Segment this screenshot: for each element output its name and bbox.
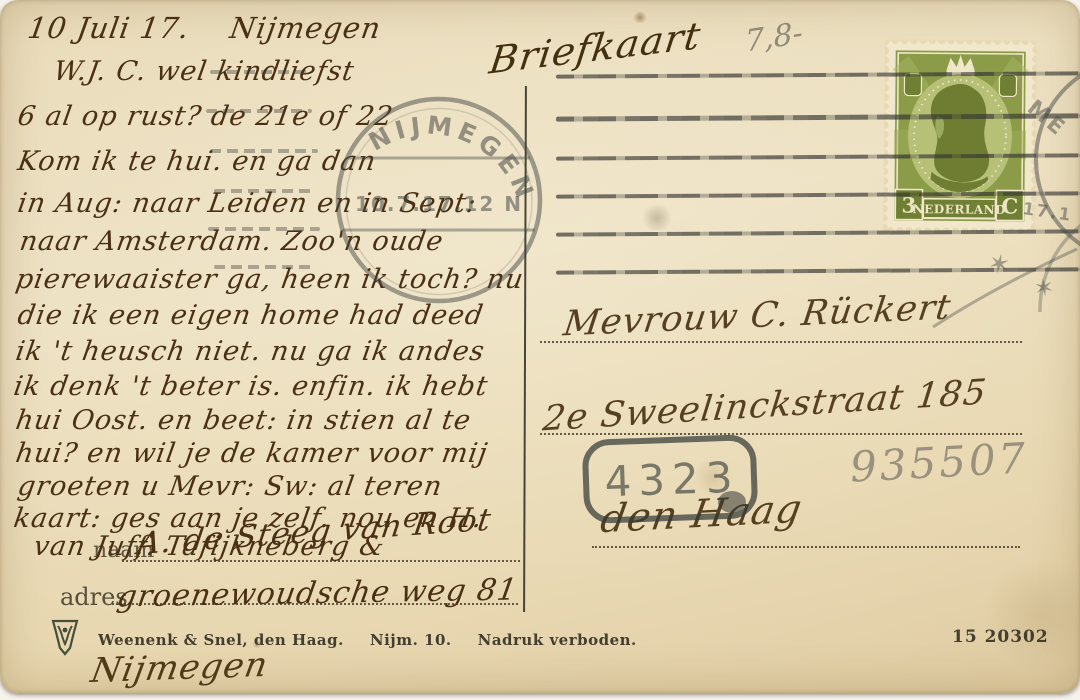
partial-postmark-date: 17.1: [1021, 199, 1073, 226]
message-line: ik denk 't beter is. enfin. ik hebt: [12, 373, 490, 400]
box-number-stamp: 4323: [580, 432, 764, 528]
publisher-imprint: Weenenk & Snel, den Haag. Nijm. 10. Nadr…: [98, 631, 663, 649]
message-line: hui Oost. en beet: in stien al te: [14, 407, 473, 434]
copyright-notice: Nadruk verboden.: [478, 631, 637, 649]
message-line: ik 't heusch niet. nu ga ik andes: [14, 338, 487, 365]
cancel-bar-segment: [206, 109, 312, 113]
nijmegen-postmark: NIJMEGEN 10.7.17.12 N: [326, 88, 552, 314]
sender-address-handwriting: groenewoudsche weg 81: [115, 573, 521, 615]
cancel-bar-segment: [208, 227, 320, 231]
cancel-bar-segment: [210, 70, 310, 74]
print-run-number: 15 20302: [952, 627, 1049, 647]
smudge-stain: [640, 205, 674, 231]
briefkaart-handwriting: Briefkaart: [487, 14, 704, 83]
address-dotted-line-3: [592, 546, 1020, 548]
postcard-back: naam adres 10 Juli 17. Nijmegen W.J. C. …: [0, 0, 1080, 693]
stamp-country: NEDERLAND: [913, 202, 1006, 217]
message-line: hui? en wil je de kamer voor mij: [14, 440, 490, 467]
message-line: groeten u Mevr: Sw: al teren: [16, 473, 445, 500]
cancel-bar-segment: [214, 265, 314, 269]
pencil-registry-number: 935507: [849, 433, 1030, 491]
recipient-street-handwriting: 2e Sweelinckstraat 185: [541, 373, 989, 440]
series-number: Nijm. 10.: [370, 631, 452, 649]
pencil-price-note: 7,8-: [744, 15, 803, 59]
corner-stain: [980, 560, 1080, 670]
cancel-bar-segment: [210, 149, 318, 153]
recipient-name-handwriting: Mevrouw C. Rückert: [561, 288, 954, 345]
postcard-scan: naam adres 10 Juli 17. Nijmegen W.J. C. …: [0, 0, 1080, 700]
message-line: 10 Juli 17. Nijmegen: [26, 14, 383, 43]
stamp-shield-left: [904, 74, 921, 96]
publisher-logo-icon: [50, 618, 80, 656]
city-note-handwriting: Nijmegen: [88, 645, 272, 691]
cancel-bar-segment: [214, 189, 314, 193]
postmark-star-icon: ✶: [1032, 273, 1056, 304]
message-line: W.J. C. wel kindliefst: [52, 58, 357, 85]
partial-postmark-town: ME: [1022, 95, 1071, 142]
message-line: Kom ik te hui. en ga dan: [16, 148, 378, 175]
postmark-date-text: 10.7.17.12 N: [355, 192, 523, 216]
